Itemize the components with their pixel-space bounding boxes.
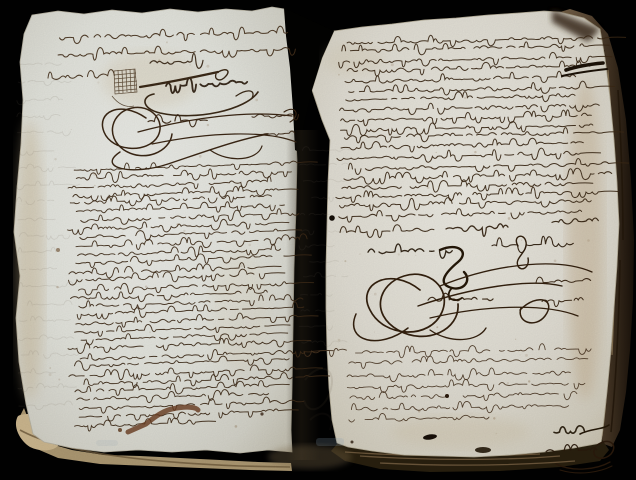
manuscript-scan: Scanned archival manuscript: open bound … xyxy=(0,0,636,480)
manuscript-photo: Scanned archival manuscript: open bound … xyxy=(0,0,636,480)
paper-grain-overlay xyxy=(0,0,636,480)
